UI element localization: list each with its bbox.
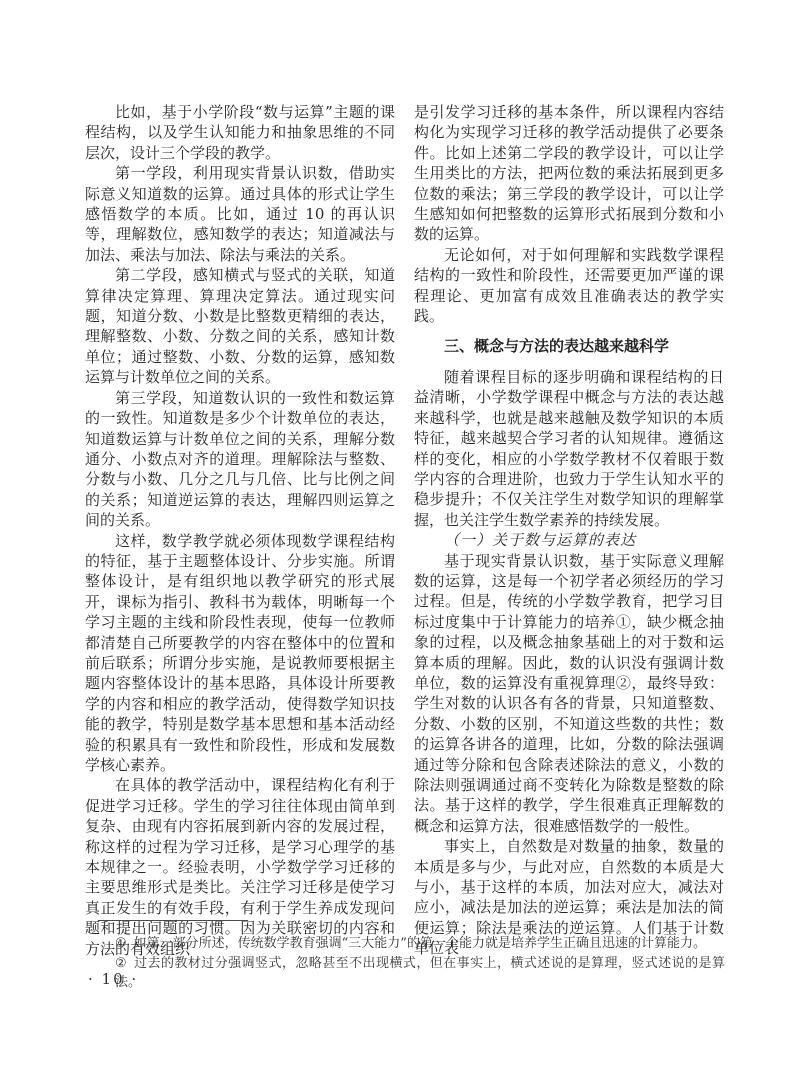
page-number: · 10 · [88, 970, 138, 988]
para-number-operation-expression: 基于现实背景认识数，基于实际意义理解数的运算，这是每一个初学者必须经历的学习过程… [414, 551, 724, 837]
footnote-item: ①如第一部分所述，传统数学教育强调“三大能力”的第一个能力就是培养学生正确且迅速… [85, 934, 725, 954]
scanned-page: 比如，基于小学阶段“数与运算”主题的课程结构，以及学生认知能力和抽象思维的不同层… [0, 0, 800, 1077]
footnote-marker: ② [115, 956, 127, 971]
para-stage-1: 第一学段，利用现实背景认识数，借助实际意义知道数的运算。通过具体的形式让学生感悟… [85, 163, 395, 265]
left-column: 比如，基于小学阶段“数与运算”主题的课程结构，以及学生认知能力和抽象思维的不同层… [85, 102, 395, 959]
para-transfer-conditions: 是引发学习迁移的基本条件，所以课程内容结构化为实现学习迁移的教学活动提供了必要条… [414, 102, 724, 245]
footnote-text: 如第一部分所述，传统数学教育强调“三大能力”的第一个能力就是培养学生正确且迅速的… [134, 936, 706, 951]
footnote-text: 过去的教材过分强调竖式，忽略甚至不出现横式，但在事实上，横式述说的是算理，竖式述… [115, 956, 725, 991]
footnote-divider [98, 920, 248, 921]
para-expression-intro: 随着课程目标的逐步明确和课程结构的日益清晰，小学数学课程中概念与方法的表达越来越… [414, 367, 724, 530]
right-column: 是引发学习迁移的基本条件，所以课程内容结构化为实现学习迁移的教学活动提供了必要条… [414, 102, 724, 959]
para-stages-intro: 比如，基于小学阶段“数与运算”主题的课程结构，以及学生认知能力和抽象思维的不同层… [85, 102, 395, 163]
para-conclusion: 无论如何，对于如何理解和实践数学课程结构的一致性和阶段性，还需要更加严谨的课程理… [414, 245, 724, 327]
footnote-marker: ① [115, 936, 127, 951]
para-stage-2: 第二学段，感知横式与竖式的关联，知道算律决定算理、算理决定算法。通过现实问题，知… [85, 265, 395, 387]
section-heading: 三、概念与方法的表达越来越科学 [414, 336, 724, 356]
para-holistic-design: 这样，数学教学就必须体现数学课程结构的特征，基于主题整体设计、分步实施。所谓整体… [85, 531, 395, 776]
article-body: 比如，基于小学阶段“数与运算”主题的课程结构，以及学生认知能力和抽象思维的不同层… [85, 102, 725, 959]
footnote-area: ①如第一部分所述，传统数学教育强调“三大能力”的第一个能力就是培养学生正确且迅速… [85, 920, 725, 993]
para-stage-3: 第三学段，知道数认识的一致性和数运算的一致性。知道数是多少个计数单位的表达，知道… [85, 388, 395, 531]
footnote-item: ②过去的教材过分强调竖式，忽略甚至不出现横式，但在事实上，横式述说的是算理，竖式… [85, 954, 725, 993]
subsection-heading: （一）关于数与运算的表达 [414, 530, 724, 550]
